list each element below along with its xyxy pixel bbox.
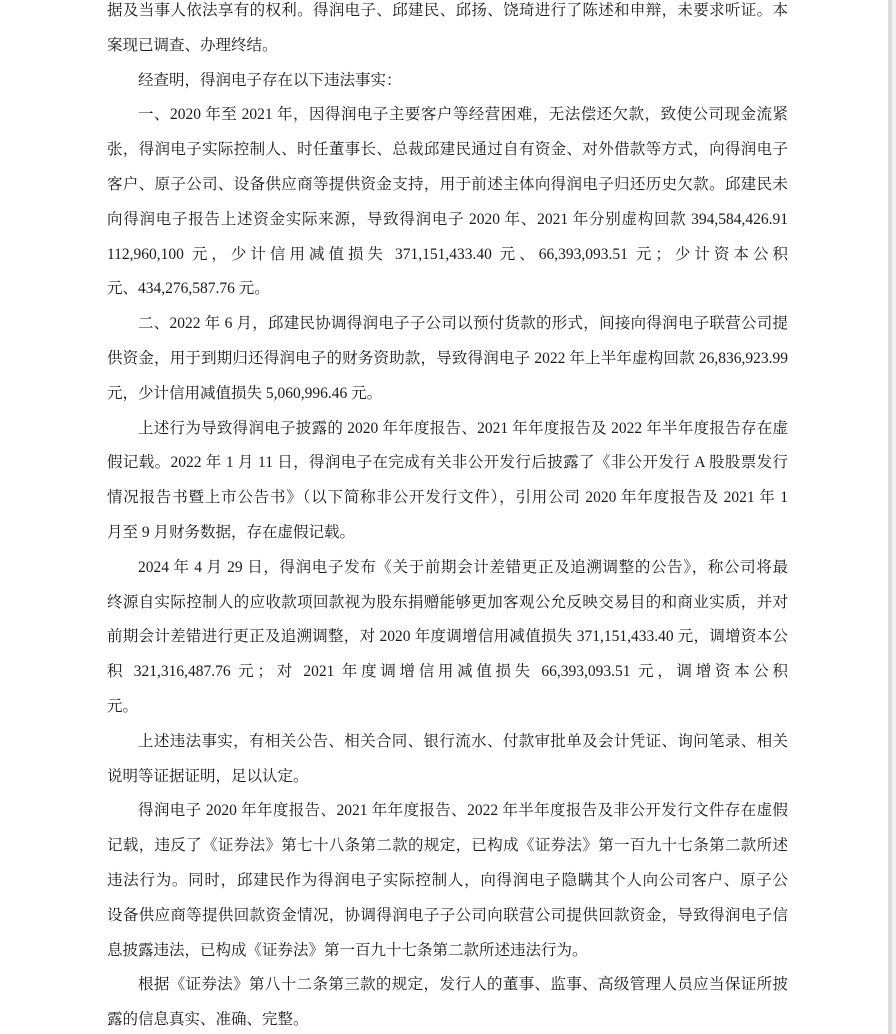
document-line: 情况报告书暨上市公告书》（以下简称非公开发行文件），引用公司 2020 年年度报… — [107, 481, 788, 516]
document-line: 积 321,316,487.76 元；对 2021 年度调增信用减值损失 66,… — [107, 655, 788, 690]
document-line: 记载，违反了《证券法》第七十八条第二款的规定，已构成《证券法》第一百九十七条第二… — [107, 829, 788, 864]
scrollbar-track[interactable] — [888, 0, 896, 1034]
document-line: 元，少计信用减值损失 5,060,996.46 元。 — [107, 377, 788, 412]
document-line: 元、434,276,587.76 元。 — [107, 272, 788, 307]
document-line: 二、2022 年 6 月，邱建民协调得润电子子公司以预付货款的形式，间接向得润电… — [107, 307, 788, 342]
document-line: 违法行为。同时，邱建民作为得润电子实际控制人，向得润电子隐瞒其个人向公司客户、原… — [107, 864, 788, 899]
scrollbar-thumb[interactable] — [888, 0, 892, 1034]
document-line: 设备供应商等提供回款资金情况，协调得润电子子公司向联营公司提供回款资金，导致得润… — [107, 899, 788, 934]
document-line: 月至 9 月财务数据，存在虚假记载。 — [107, 516, 788, 551]
document-line: 案现已调查、办理终结。 — [107, 29, 788, 64]
document-line: 前期会计差错进行更正及追溯调整，对 2020 年度调增信用减值损失 371,15… — [107, 620, 788, 655]
document-line: 据及当事人依法享有的权利。得润电子、邱建民、邱扬、饶琦进行了陈述和申辩，未要求听… — [107, 0, 788, 29]
document-line: 向得润电子报告上述资金实际来源，导致得润电子 2020 年、2021 年分别虚构… — [107, 203, 788, 238]
document-line: 终源自实际控制人的应收款项回款视为股东捐赠能够更加客观公允反映交易目的和商业实质… — [107, 586, 788, 621]
document-line: 客户、原子公司、设备供应商等提供资金支持，用于前述主体向得润电子归还历史欠款。邱… — [107, 168, 788, 203]
document-line: 供资金，用于到期归还得润电子的财务资助款，导致得润电子 2022 年上半年虚构回… — [107, 342, 788, 377]
document-line: 2024 年 4 月 29 日，得润电子发布《关于前期会计差错更正及追溯调整的公… — [107, 551, 788, 586]
document-text-block: 据及当事人依法享有的权利。得润电子、邱建民、邱扬、饶琦进行了陈述和申辩，未要求听… — [107, 0, 788, 1034]
document-line: 一、2020 年至 2021 年，因得润电子主要客户等经营困难，无法偿还欠款，致… — [107, 98, 788, 133]
document-line: 根据《证券法》第八十二条第三款的规定，发行人的董事、监事、高级管理人员应当保证所… — [107, 968, 788, 1003]
document-line: 说明等证据证明，足以认定。 — [107, 760, 788, 795]
document-line: 息披露违法，已构成《证券法》第一百九十七条第二款所述违法行为。 — [107, 934, 788, 969]
document-line: 得润电子 2020 年年度报告、2021 年年度报告、2022 年半年度报告及非… — [107, 794, 788, 829]
document-line: 上述违法事实，有相关公告、相关合同、银行流水、付款审批单及会计凭证、询问笔录、相… — [107, 725, 788, 760]
document-line: 假记载。2022 年 1 月 11 日，得润电子在完成有关非公开发行后披露了《非… — [107, 446, 788, 481]
document-line: 元。 — [107, 690, 788, 725]
document-line: 上述行为导致得润电子披露的 2020 年年度报告、2021 年年度报告及 202… — [107, 412, 788, 447]
document-line: 露的信息真实、准确、完整。 — [107, 1003, 788, 1034]
document-line: 张，得润电子实际控制人、时任董事长、总裁邱建民通过自有资金、对外借款等方式，向得… — [107, 133, 788, 168]
document-line: 经查明，得润电子存在以下违法事实： — [107, 64, 788, 99]
document-line: 112,960,100 元，少计信用减值损失 371,151,433.40 元、… — [107, 238, 788, 273]
